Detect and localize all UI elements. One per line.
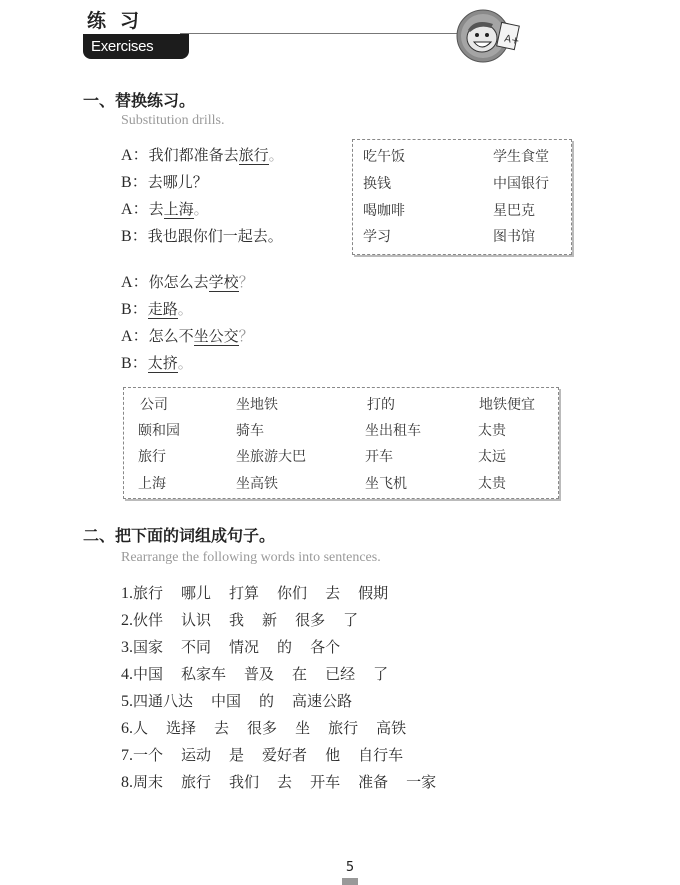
dialog-line: A：怎么不坐公交？ xyxy=(121,323,254,350)
box-cell: 换钱 xyxy=(363,173,391,193)
box-cell: 坐旅游大巴 xyxy=(236,446,306,466)
dialog-line: A：我们都准备去旅行。 xyxy=(121,142,284,169)
list-item: 7.一个运动是爱好者他自行车 xyxy=(121,742,454,769)
box-cell: 颐和园 xyxy=(138,420,180,440)
box-cell: 开车 xyxy=(365,446,393,466)
sentence-list: 1.旅行哪儿打算你们去假期 2.伙伴认识我新很多了 3.国家不同情况的各个 4.… xyxy=(121,580,454,796)
list-item: 1.旅行哪儿打算你们去假期 xyxy=(121,580,454,607)
section-1-subtitle: Substitution drills. xyxy=(121,113,224,129)
dialog-1: A：我们都准备去旅行。 B：去哪儿？ A：去上海。 B：我也跟你们一起去。 xyxy=(121,142,284,250)
header-title-english: Exercises xyxy=(83,34,189,59)
page-number: 5 xyxy=(0,860,680,875)
dialog-line: A：你怎么去学校？ xyxy=(121,269,254,296)
box-cell: 太贵 xyxy=(478,473,506,493)
substitution-box-1: 吃午饭 学生食堂 换钱 中国银行 喝咖啡 星巴克 学习 图书馆 xyxy=(352,139,572,255)
box-cell: 太远 xyxy=(478,446,506,466)
substitution-blank: 学校 xyxy=(209,273,239,292)
list-item: 5.四通八达中国的高速公路 xyxy=(121,688,454,715)
dialog-line: B：走路。 xyxy=(121,296,254,323)
dialog-line: B：去哪儿？ xyxy=(121,169,284,196)
substitution-blank: 坐公交 xyxy=(194,327,239,346)
box-cell: 中国银行 xyxy=(493,173,549,193)
dialog-line: A：去上海。 xyxy=(121,196,284,223)
box-cell: 公司 xyxy=(140,394,168,414)
header-title-chinese: 练习 xyxy=(87,6,153,33)
list-item: 3.国家不同情况的各个 xyxy=(121,634,454,661)
box-cell: 骑车 xyxy=(236,420,264,440)
dialog-2: A：你怎么去学校？ B：走路。 A：怎么不坐公交？ B：太挤。 xyxy=(121,269,254,377)
box-cell: 打的 xyxy=(367,394,395,414)
section-2-subtitle: Rearrange the following words into sente… xyxy=(121,550,381,566)
box-cell: 坐出租车 xyxy=(365,420,421,440)
box-cell: 坐地铁 xyxy=(236,394,278,414)
box-cell: 坐高铁 xyxy=(236,473,278,493)
substitution-blank: 走路 xyxy=(148,300,178,319)
list-item: 8.周末旅行我们去开车准备一家 xyxy=(121,769,454,796)
dialog-line: B：我也跟你们一起去。 xyxy=(121,223,284,250)
box-cell: 喝咖啡 xyxy=(363,200,405,220)
box-cell: 坐飞机 xyxy=(365,473,407,493)
section-2-title: 二、把下面的词组成句子。 xyxy=(83,523,275,546)
list-item: 4.中国私家车普及在已经了 xyxy=(121,661,454,688)
box-cell: 上海 xyxy=(138,473,166,493)
mascot-icon: A+ xyxy=(455,8,525,64)
box-cell: 旅行 xyxy=(138,446,166,466)
section-1-title: 一、替换练习。 xyxy=(83,88,195,111)
substitution-blank: 上海 xyxy=(164,200,194,219)
substitution-box-2: 公司 坐地铁 打的 地铁便宜 颐和园 骑车 坐出租车 太贵 旅行 坐旅游大巴 开… xyxy=(123,387,559,499)
box-cell: 吃午饭 xyxy=(363,146,405,166)
box-cell: 星巴克 xyxy=(493,200,535,220)
header-divider xyxy=(180,33,465,34)
substitution-blank: 太挤 xyxy=(148,354,178,373)
dialog-line: B：太挤。 xyxy=(121,350,254,377)
box-cell: 地铁便宜 xyxy=(479,394,535,414)
box-cell: 学生食堂 xyxy=(493,146,549,166)
list-item: 2.伙伴认识我新很多了 xyxy=(121,607,454,634)
list-item: 6.人选择去很多坐旅行高铁 xyxy=(121,715,454,742)
page-number-bar xyxy=(342,878,358,885)
substitution-blank: 旅行 xyxy=(239,146,269,165)
box-cell: 太贵 xyxy=(478,420,506,440)
box-cell: 图书馆 xyxy=(493,226,535,246)
box-cell: 学习 xyxy=(363,226,391,246)
